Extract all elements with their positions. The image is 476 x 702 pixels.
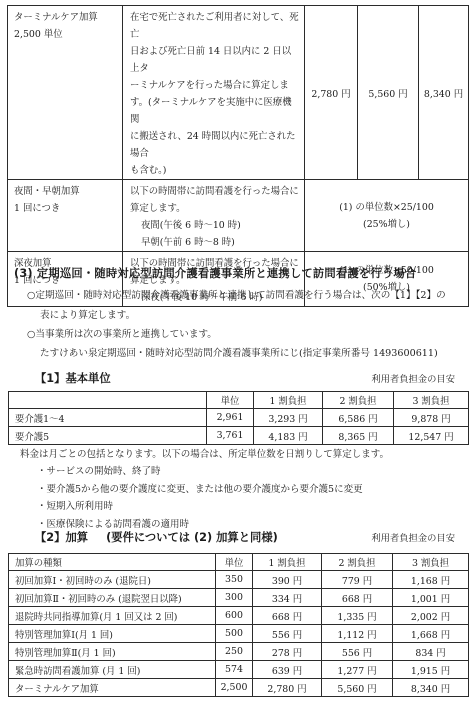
addition-description-cell: 以下の時間帯に訪問看護を行った場合に 算定します。 夜間(午後 6 時〜10 時… (123, 180, 305, 252)
copay-30-value: 1,915 円 (393, 661, 469, 679)
copay-10-value: 668 円 (253, 607, 322, 625)
units-value: 250 (216, 643, 253, 661)
table2-caption-row: 【2】加算 (要件については (2) 加算と同様) 利用者負担金の目安 (35, 531, 455, 545)
header-empty (9, 392, 207, 409)
header-copay-10: 1 割負担 (253, 554, 322, 571)
copay-20-value: 668 円 (322, 589, 393, 607)
copay-20-value: 779 円 (322, 571, 393, 589)
header-row: 単位 1 割負担 2 割負担 3 割負担 (9, 392, 469, 409)
addition-label: 緊急時訪問看護加算 (月 1 回) (9, 661, 216, 679)
price-30pct-cell: 8,340 円 (419, 6, 469, 180)
addition-units: 1 回につき (14, 200, 118, 217)
addition-label: 特別管理加算Ⅰ(月 1 回) (9, 625, 216, 643)
addition-label: 退院時共同指導加算(月 1 回又は 2 回) (9, 607, 216, 625)
description-line: す。(ターミナルケアを実施中に医療機関 (130, 94, 300, 128)
table-row-night-early-morning: 夜間・早朝加算 1 回につき 以下の時間帯に訪問看護を行った場合に 算定します。… (8, 180, 469, 252)
section-text-line: 表により算定します。 (14, 308, 469, 324)
copay-20-value: 1,112 円 (322, 625, 393, 643)
description-line: 在宅で死亡されたご利用者に対して、死亡 (130, 9, 300, 43)
description-line: 早朝(午前 6 時〜8 時) (130, 234, 300, 251)
copay-20-value: 6,586 円 (323, 409, 394, 427)
additions-summary-table: 加算の種類 単位 1 割負担 2 割負担 3 割負担 初回加算Ⅰ・初回時のみ (… (8, 553, 469, 697)
header-copay-10: 1 割負担 (254, 392, 323, 409)
header-copay-30: 3 割負担 (394, 392, 469, 409)
table-row: 初回加算Ⅰ・初回時のみ (退院日) 350 390 円 779 円 1,168 … (9, 571, 469, 589)
document-page: ターミナルケア加算 2,500 単位 在宅で死亡されたご利用者に対して、死亡 日… (0, 0, 476, 702)
addition-name-cell: ターミナルケア加算 2,500 単位 (8, 6, 123, 180)
table-row: 特別管理加算Ⅱ(月 1 回) 250 278 円 556 円 834 円 (9, 643, 469, 661)
section-text-line: ○当事業所は次の事業所と連携しています。 (14, 327, 469, 343)
addition-name: ターミナルケア加算 (14, 9, 118, 26)
addition-name: 夜間・早朝加算 (14, 183, 118, 200)
copay-30-value: 2,002 円 (393, 607, 469, 625)
section-heading: (3) 定期巡回・随時対応型訪問介護看護事業所と連携して訪問看護を行う場合 (14, 266, 469, 281)
description-line: 夜間(午後 6 時〜10 時) (130, 217, 300, 234)
header-copay-30: 3 割負担 (393, 554, 469, 571)
units-value: 500 (216, 625, 253, 643)
addition-description-cell: 在宅で死亡されたご利用者に対して、死亡 日および死亡日前 14 日以内に 2 日… (123, 6, 305, 180)
header-copay-20: 2 割負担 (323, 392, 394, 409)
addition-label: 特別管理加算Ⅱ(月 1 回) (9, 643, 216, 661)
copay-20-value: 8,365 円 (323, 427, 394, 445)
header-copay-20: 2 割負担 (322, 554, 393, 571)
units-value: 350 (216, 571, 253, 589)
billing-notes: 料金は月ごとの包括となります。以下の場合は、所定単位数を日割りして算定します。 … (20, 446, 460, 533)
rate-formula-cell: (1) の単位数×25/100 (25%増し) (305, 180, 469, 252)
notes-intro: 料金は月ごとの包括となります。以下の場合は、所定単位数を日割りして算定します。 (20, 446, 460, 463)
care-level-label: 要介護5 (9, 427, 207, 445)
copay-30-value: 9,878 円 (394, 409, 469, 427)
copay-10-value: 278 円 (253, 643, 322, 661)
units-value: 2,500 (216, 679, 253, 697)
description-line: 日および死亡日前 14 日以内に 2 日以上タ (130, 43, 300, 77)
table1-caption-row: 【1】基本単位 利用者負担金の目安 (35, 372, 455, 386)
rate-formula: (1) の単位数×25/100 (305, 199, 468, 216)
additions-detail-table: ターミナルケア加算 2,500 単位 在宅で死亡されたご利用者に対して、死亡 日… (7, 5, 469, 307)
table2-title: 【2】加算 (35, 531, 88, 545)
copay-10-value: 4,183 円 (254, 427, 323, 445)
table-row: 要介護5 3,761 4,183 円 8,365 円 12,547 円 (9, 427, 469, 445)
copay-20-value: 5,560 円 (322, 679, 393, 697)
table-row: 初回加算Ⅱ・初回時のみ (退院翌日以降) 300 334 円 668 円 1,0… (9, 589, 469, 607)
table-row: 退院時共同指導加算(月 1 回又は 2 回) 600 668 円 1,335 円… (9, 607, 469, 625)
table-row: ターミナルケア加算 2,500 2,780 円 5,560 円 8,340 円 (9, 679, 469, 697)
price-10pct-cell: 2,780 円 (305, 6, 358, 180)
table-row: 緊急時訪問看護加算 (月 1 回) 574 639 円 1,277 円 1,91… (9, 661, 469, 679)
note-bullet: ・サービスの開始時、終了時 (20, 463, 460, 481)
section-3: (3) 定期巡回・随時対応型訪問介護看護事業所と連携して訪問看護を行う場合 ○定… (14, 266, 469, 362)
units-value: 300 (216, 589, 253, 607)
care-level-label: 要介護1〜4 (9, 409, 207, 427)
section-text-line: ○定期巡回・随時対応型訪問介護看護事業所と連携して訪問看護を行う場合は、次の【1… (14, 288, 469, 304)
table-row: 特別管理加算Ⅰ(月 1 回) 500 556 円 1,112 円 1,668 円 (9, 625, 469, 643)
note-bullet: ・要介護5から他の要介護度に変更、または他の要介護度から要介護5に変更 (20, 481, 460, 499)
basic-units-table: 単位 1 割負担 2 割負担 3 割負担 要介護1〜4 2,961 3,293 … (8, 391, 469, 445)
table2-subtitle: (要件については (2) 加算と同様) (106, 531, 278, 545)
description-line: ーミナルケアを行った場合に算定しま (130, 77, 300, 94)
description-line: 以下の時間帯に訪問看護を行った場合に (130, 183, 300, 200)
description-line: 算定します。 (130, 200, 300, 217)
copay-10-value: 390 円 (253, 571, 322, 589)
price-20pct-cell: 5,560 円 (358, 6, 419, 180)
addition-name-cell: 夜間・早朝加算 1 回につき (8, 180, 123, 252)
units-value: 600 (216, 607, 253, 625)
units-value: 574 (216, 661, 253, 679)
copay-30-value: 1,668 円 (393, 625, 469, 643)
description-line: も含む。) (130, 162, 300, 179)
copay-30-value: 1,001 円 (393, 589, 469, 607)
copay-30-value: 12,547 円 (394, 427, 469, 445)
table1-title: 【1】基本単位 (35, 372, 111, 386)
copay-10-value: 639 円 (253, 661, 322, 679)
copay-20-value: 1,277 円 (322, 661, 393, 679)
table-row: 要介護1〜4 2,961 3,293 円 6,586 円 9,878 円 (9, 409, 469, 427)
copay-30-value: 834 円 (393, 643, 469, 661)
copay-30-value: 1,168 円 (393, 571, 469, 589)
table-row-terminal-care: ターミナルケア加算 2,500 単位 在宅で死亡されたご利用者に対して、死亡 日… (8, 6, 469, 180)
copay-30-value: 8,340 円 (393, 679, 469, 697)
copay-10-value: 2,780 円 (253, 679, 322, 697)
copay-20-value: 556 円 (322, 643, 393, 661)
header-units: 単位 (216, 554, 253, 571)
copay-estimate-caption: 利用者負担金の目安 (371, 373, 455, 386)
partner-office-line: たすけあい泉定期巡回・随時対応型訪問介護看護事業所にじ(指定事業所番号 1493… (14, 346, 469, 362)
copay-estimate-caption: 利用者負担金の目安 (371, 532, 455, 545)
header-units: 単位 (207, 392, 254, 409)
copay-10-value: 3,293 円 (254, 409, 323, 427)
copay-20-value: 1,335 円 (322, 607, 393, 625)
description-line: に搬送され、24 時間以内に死亡された場合 (130, 128, 300, 162)
addition-label: 初回加算Ⅱ・初回時のみ (退院翌日以降) (9, 589, 216, 607)
header-addition-type: 加算の種類 (9, 554, 216, 571)
addition-label: 初回加算Ⅰ・初回時のみ (退院日) (9, 571, 216, 589)
header-row: 加算の種類 単位 1 割負担 2 割負担 3 割負担 (9, 554, 469, 571)
addition-units: 2,500 単位 (14, 26, 118, 43)
units-value: 3,761 (207, 427, 254, 445)
rate-increase: (25%増し) (305, 216, 468, 233)
copay-10-value: 556 円 (253, 625, 322, 643)
units-value: 2,961 (207, 409, 254, 427)
addition-label: ターミナルケア加算 (9, 679, 216, 697)
note-bullet: ・短期入所利用時 (20, 498, 460, 516)
copay-10-value: 334 円 (253, 589, 322, 607)
